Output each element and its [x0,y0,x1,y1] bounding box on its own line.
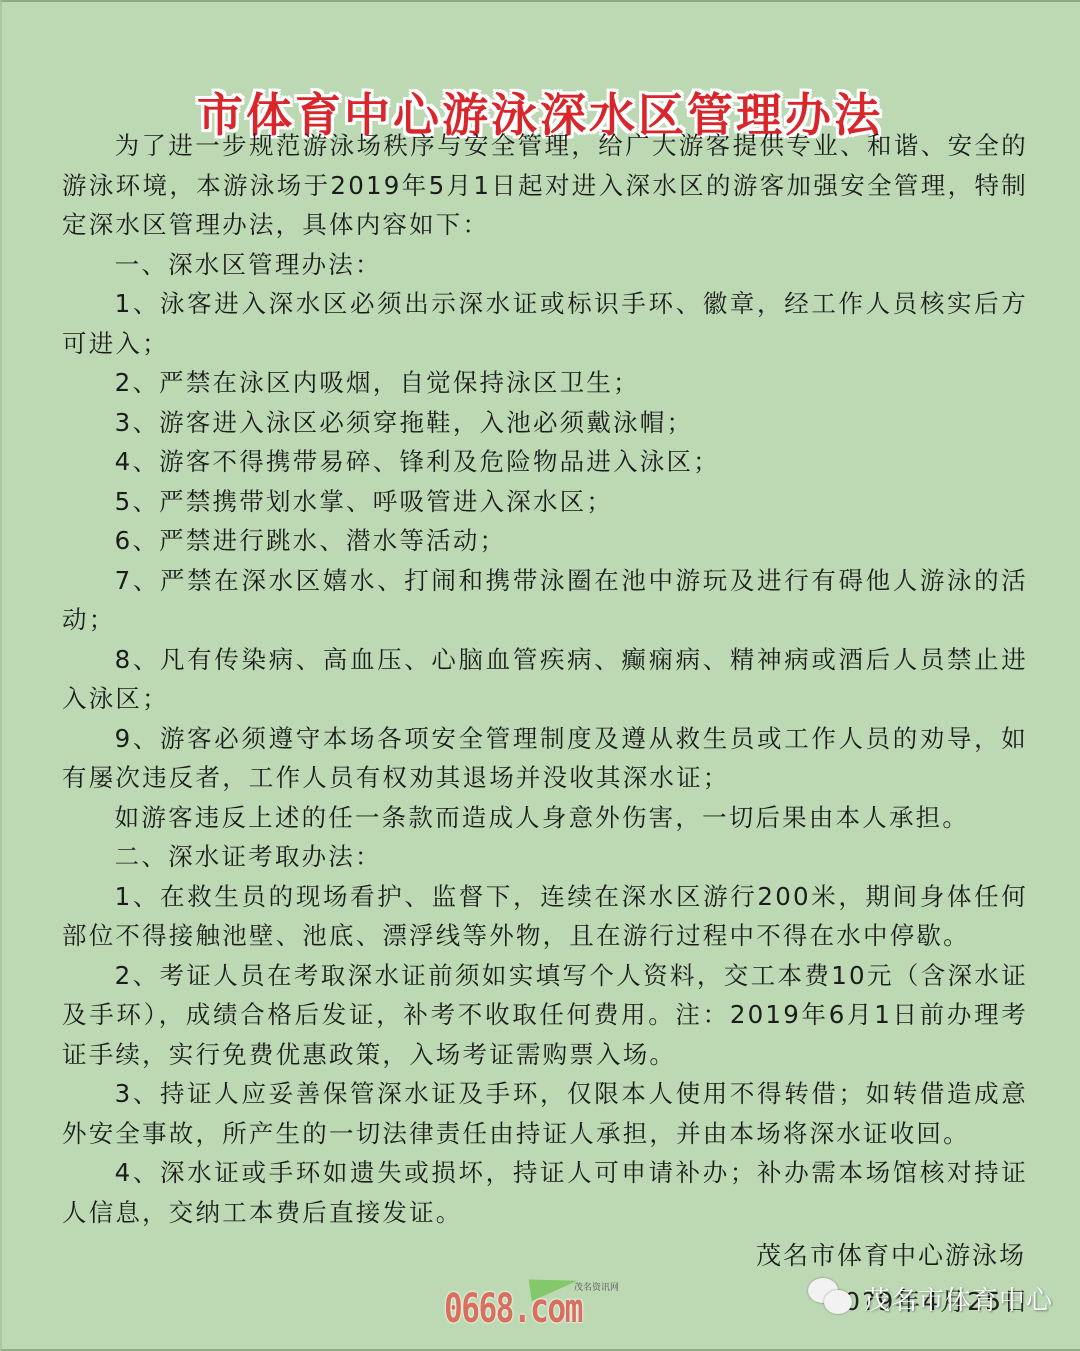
intro-paragraph: 为了进一步规范游泳场秩序与安全管理，给广大游客提供专业、和谐、安全的游泳环境，本… [62,126,1028,245]
document-body: 为了进一步规范游泳场秩序与安全管理，给广大游客提供专业、和谐、安全的游泳环境，本… [62,126,1028,1232]
rule-item: 5、严禁携带划水掌、呼吸管进入深水区； [62,482,1028,522]
rule-item: 2、严禁在泳区内吸烟，自觉保持泳区卫生； [62,363,1028,403]
signature: 茂名市体育中心游泳场 [756,1236,1026,1272]
exam-item: 3、持证人应妥善保管深水证及手环，仅限本人使用不得转借；如转借造成意外安全事故，… [62,1074,1028,1153]
rule-item: 1、泳客进入深水区必须出示深水证或标识手环、徽章，经工作人员核实后方可进入； [62,284,1028,363]
wechat-icon [808,1278,860,1318]
site-logo-text: 0668.com [444,1286,582,1332]
exam-item: 1、在救生员的现场看护、监督下，连续在深水区游行200米，期间身体任何部位不得接… [62,877,1028,956]
wechat-account-name: 茂名市体育中心 [864,1280,1053,1317]
rule-item: 8、凡有传染病、高血压、心脑血管疾病、癫痫病、精神病或酒后人员禁止进入泳区； [62,640,1028,719]
exam-item: 4、深水证或手环如遗失或损坏，持证人可申请补办；补办需本场馆核对持证人信息，交纳… [62,1153,1028,1232]
section1-closing: 如游客违反上述的任一条款而造成人身意外伤害，一切后果由本人承担。 [62,798,1028,838]
site-logo-watermark: 0668.com 茂名资讯网 [444,1282,644,1332]
rule-item: 7、严禁在深水区嬉水、打闹和携带泳圈在池中游玩及进行有碍他人游泳的活动； [62,561,1028,640]
section1-heading: 一、深水区管理办法： [62,245,1028,285]
rule-item: 9、游客必须遵守本场各项安全管理制度及遵从救生员或工作人员的劝导，如有屡次违反者… [62,719,1028,798]
rule-item: 4、游客不得携带易碎、锋利及危险物品进入泳区； [62,442,1028,482]
site-logo-subtitle: 茂名资讯网 [574,1280,619,1293]
rule-item: 6、严禁进行跳水、潜水等活动； [62,521,1028,561]
section2-heading: 二、深水证考取办法： [62,837,1028,877]
exam-item: 2、考证人员在考取深水证前须如实填写个人资料，交工本费10元（含深水证及手环），… [62,956,1028,1075]
rule-item: 3、游客进入泳区必须穿拖鞋，入池必须戴泳帽； [62,403,1028,443]
wechat-watermark: 茂名市体育中心 [808,1278,1053,1318]
